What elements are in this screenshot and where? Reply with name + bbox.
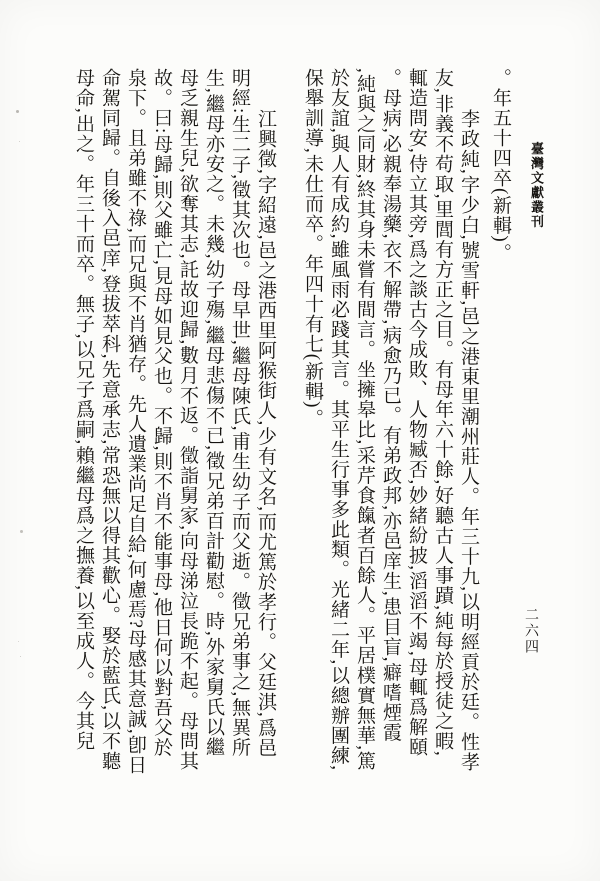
text-column: 故。曰:母歸,則父雖亡,見母如見父也。不歸,則不肖不能事母,他日何以對吾父於 bbox=[151, 68, 171, 834]
text-column: 李政純,字少白,號雪軒,邑之港東里潮州莊人。年三十九,以明經貢於廷。性孝 bbox=[458, 68, 478, 834]
scanned-book-page: 臺灣文獻叢刊 二六四 。年五十四卒(新輯)。李政純,字少白,號雪軒,邑之港東里潮… bbox=[0, 0, 600, 881]
text-column: 生,繼母亦安之。未幾,幼子殤,繼母悲傷不已,徵兄弟百計勸慰。時,外家舅氏以繼 bbox=[203, 68, 223, 834]
text-column: 友,非義不苟取,里閭有方正之目。有母年六十餘,好聽古人事蹟,純每於授徒之暇, bbox=[432, 68, 452, 834]
text-column: 明經:生二子,徵其次也。母早世,繼母陳氏,甫生幼子而父逝。徵兄弟事之,無異所 bbox=[229, 68, 249, 834]
text-column: 母命,出之。年三十而卒。無子,以兄子爲嗣,賴繼母爲之撫養,以至成人。今其兒 bbox=[73, 68, 93, 834]
text-column: 母乏親生兒,欲奪其志,託故迎歸,數月不返。徵詣舅家,向母涕泣長跪不起。母問其 bbox=[177, 68, 197, 834]
text-column: 於友誼,與人有成約,雖風雨必踐其言。其平生行事多此類。光緒二年,以總辦團練, bbox=[328, 68, 348, 834]
text-column: ,純與之同財,終其身未嘗有間言。坐擁皋比,采芹食餼者百餘人。平居樸實無華,篤 bbox=[354, 68, 374, 834]
text-column: 。年五十四卒(新輯)。 bbox=[490, 68, 510, 834]
text-column: 保舉訓導,未仕而卒。年四十有七(新輯)。 bbox=[302, 68, 322, 834]
text-column: 江興徵,字紹遠,邑之港西里阿猴街人,少有文名,而尤篤於孝行。父廷淇,爲邑 bbox=[255, 68, 275, 834]
scan-noise-specks bbox=[16, 110, 19, 113]
page-number: 二六四 bbox=[522, 607, 538, 655]
text-column: 輒造問安,侍立其旁,爲之談古今成敗、人物臧否,妙緒紛披,滔滔不竭,母輒爲解頤 bbox=[406, 68, 426, 834]
text-column: 命駕同歸。自後入邑庠,登拔萃科,先意承志,常恐無以得其歡心。娶於藍氏,以不聽 bbox=[99, 68, 119, 834]
body-text-block: 。年五十四卒(新輯)。李政純,字少白,號雪軒,邑之港東里潮州莊人。年三十九,以明… bbox=[67, 68, 510, 834]
series-title: 臺灣文獻叢刊 bbox=[528, 142, 544, 229]
text-column: 。母病,必親奉湯藥,衣不解帶,病愈乃已。有弟政邦,亦邑庠生,患目盲,癖嗜煙霞 bbox=[380, 68, 400, 834]
text-column: 泉下。且弟雖不祿,而兄與不肖猶存。先人遺業尚足自給,何慮焉?母感其意誠,卽日 bbox=[125, 68, 145, 834]
